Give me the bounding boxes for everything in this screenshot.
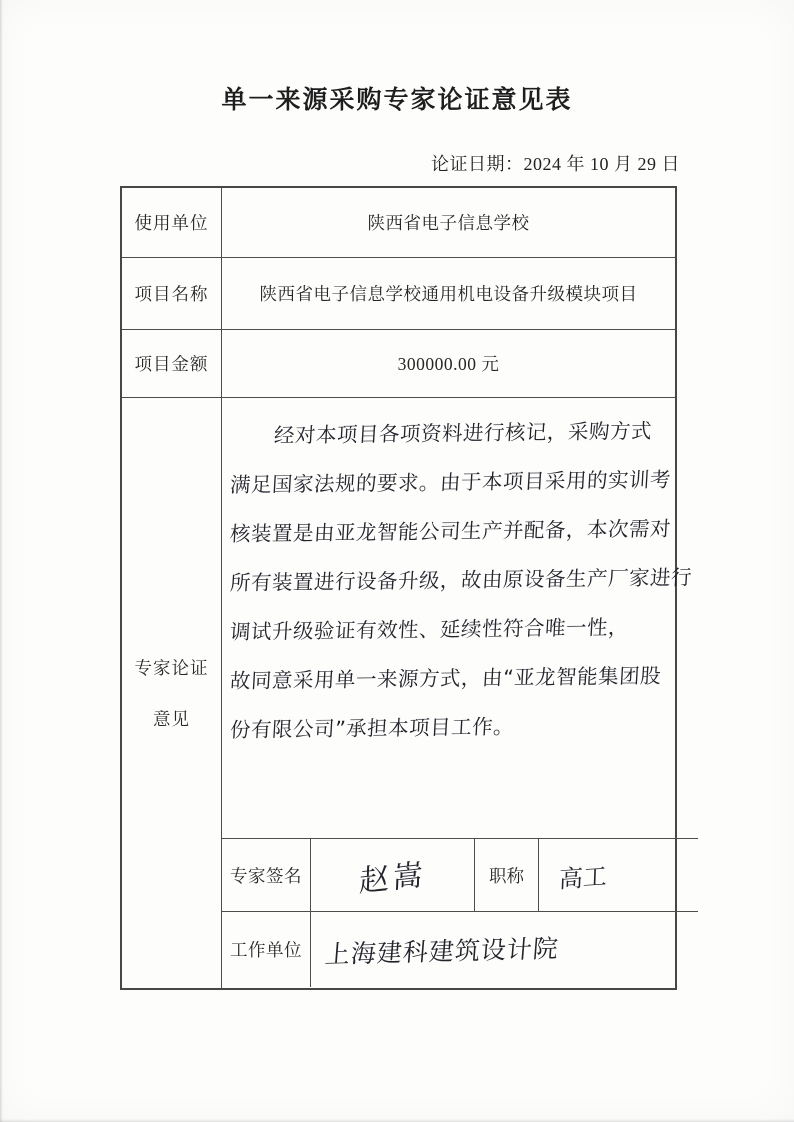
opinion-line: 核装置是由亚龙智能公司生产并配备，本次需对 [229, 504, 694, 559]
project-name-value: 陕西省电子信息学校通用机电设备升级模块项目 [222, 258, 675, 329]
workunit-handwriting: 上海建科建筑设计院 [324, 928, 561, 970]
opinion-line: 故同意采用单一来源方式，由“亚龙智能集团股 [229, 651, 694, 706]
workunit-label: 工作单位 [222, 912, 311, 987]
expert-signature-handwriting: 赵嵩 [358, 849, 427, 901]
opinion-line: 经对本项目各项资料进行核记，采购方式 [229, 406, 694, 461]
using-unit-value: 陕西省电子信息学校 [222, 188, 675, 257]
workunit-cell: 上海建科建筑设计院 [311, 912, 698, 987]
professional-title-handwriting: 高工 [558, 856, 607, 895]
using-unit-label: 使用单位 [122, 188, 222, 257]
opinion-line: 份有限公司”承担本项目工作。 [229, 700, 694, 755]
project-amount-value: 300000.00 元 [222, 330, 675, 397]
opinion-form-table: 使用单位 陕西省电子信息学校 项目名称 陕西省电子信息学校通用机电设备升级模块项… [120, 186, 677, 990]
opinion-line: 所有装置进行设备升级，故由原设备生产厂家进行 [229, 553, 694, 608]
table-row-project-amount: 项目金额 300000.00 元 [122, 329, 675, 397]
expert-opinion-label-line2: 意见 [153, 706, 190, 731]
project-name-label: 项目名称 [122, 258, 222, 329]
expert-opinion-label: 专家论证 意见 [122, 398, 222, 988]
expert-opinion-right-column: 经对本项目各项资料进行核记，采购方式 满足国家法规的要求。由于本项目采用的实训考… [222, 398, 698, 988]
document-page: 单一来源采购专家论证意见表 论证日期：2024 年 10 月 29 日 使用单位… [0, 0, 794, 1122]
professional-title-cell: 高工 [539, 839, 698, 911]
signature-sub-row: 专家签名 赵嵩 职称 高工 [222, 838, 698, 911]
table-row-using-unit: 使用单位 陕西省电子信息学校 [122, 188, 675, 257]
expert-signature-label: 专家签名 [222, 839, 311, 911]
scan-edge-left [0, 0, 3, 1122]
expert-opinion-label-line1: 专家论证 [135, 655, 209, 680]
workunit-sub-row: 工作单位 上海建科建筑设计院 [222, 911, 698, 987]
page-title: 单一来源采购专家论证意见表 [0, 80, 794, 116]
table-row-project-name: 项目名称 陕西省电子信息学校通用机电设备升级模块项目 [122, 257, 675, 329]
table-row-expert-opinion: 专家论证 意见 经对本项目各项资料进行核记，采购方式 满足国家法规的要求。由于本… [122, 397, 675, 988]
expert-signature-cell: 赵嵩 [311, 839, 475, 911]
professional-title-label: 职称 [475, 839, 539, 911]
project-amount-label: 项目金额 [122, 330, 222, 397]
expert-opinion-handwriting: 经对本项目各项资料进行核记，采购方式 满足国家法规的要求。由于本项目采用的实训考… [222, 398, 698, 838]
opinion-line: 调试升级验证有效性、延续性符合唯一性， [229, 602, 694, 657]
opinion-line: 满足国家法规的要求。由于本项目采用的实训考 [229, 455, 694, 510]
demonstration-date: 论证日期：2024 年 10 月 29 日 [431, 150, 680, 176]
